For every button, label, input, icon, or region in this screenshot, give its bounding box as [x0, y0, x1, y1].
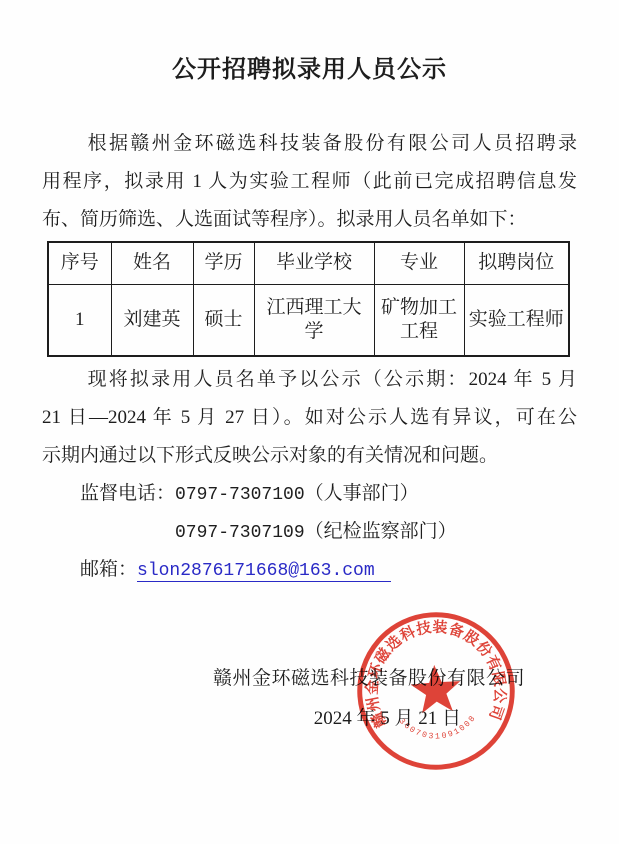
paragraph-intro: 根据赣州金环磁选科技装备股份有限公司人员招聘录 用程序，拟录用 1 人为实验工程…: [42, 125, 577, 239]
phone-dept-discipline: （纪检监察部门）: [305, 521, 457, 542]
table-row: 1 刘建英 硕士 江西理工大学 矿物加工工程 实验工程师: [48, 284, 569, 356]
paragraph-line: 布、简历筛选、人选面试等程序）。拟录用人员名单如下：: [42, 201, 577, 239]
cell-major: 矿物加工工程: [374, 284, 464, 356]
page-title: 公开招聘拟录用人员公示: [42, 56, 577, 84]
cell-position: 实验工程师: [464, 284, 569, 356]
signature-company: 赣州金环磁选科技装备股份有限公司: [42, 659, 577, 699]
cell-name: 刘建英: [111, 284, 193, 356]
col-header-major: 专业: [374, 242, 464, 284]
email-label: 邮箱：: [80, 559, 137, 580]
phone-dept-hr: （人事部门）: [305, 483, 419, 504]
col-header-name: 姓名: [111, 242, 193, 284]
paragraph-line: 示期内通过以下形式反映公示对象的有关情况和问题。: [42, 437, 577, 475]
email-link[interactable]: slon2876171668@163.com: [137, 561, 391, 582]
col-header-degree: 学历: [193, 242, 254, 284]
col-header-position: 拟聘岗位: [464, 242, 569, 284]
document-page: 公开招聘拟录用人员公示 根据赣州金环磁选科技装备股份有限公司人员招聘录 用程序，…: [0, 0, 619, 844]
paragraph-line: 21 日—2024 年 5 月 27 日）。如对公示人选有异议，可在公: [42, 399, 577, 437]
cell-index: 1: [48, 284, 111, 356]
phone-number-hr: 0797-7307100: [175, 485, 305, 505]
phone-label: 监督电话：: [80, 483, 175, 504]
phone-line-1: 监督电话：0797-7307100（人事部门）: [42, 475, 577, 513]
candidate-table: 序号 姓名 学历 毕业学校 专业 拟聘岗位 1 刘建英 硕士 江西理工大学 矿物…: [47, 241, 570, 357]
table-header-row: 序号 姓名 学历 毕业学校 专业 拟聘岗位: [48, 242, 569, 284]
phone-line-2: 0797-7307109（纪检监察部门）: [42, 513, 577, 551]
signature-date: 2024 年 5 月 21 日: [42, 699, 577, 739]
phone-number-discipline: 0797-7307109: [175, 523, 305, 543]
cell-school: 江西理工大学: [254, 284, 374, 356]
paragraph-line: 根据赣州金环磁选科技装备股份有限公司人员招聘录: [42, 125, 577, 163]
email-line: 邮箱：slon2876171668@163.com: [42, 551, 577, 589]
paragraph-notice: 现将拟录用人员名单予以公示（公示期：2024 年 5 月 21 日—2024 年…: [42, 361, 577, 475]
document-body: 公开招聘拟录用人员公示 根据赣州金环磁选科技装备股份有限公司人员招聘录 用程序，…: [0, 56, 619, 739]
col-header-school: 毕业学校: [254, 242, 374, 284]
paragraph-line: 用程序，拟录用 1 人为实验工程师（此前已完成招聘信息发: [42, 163, 577, 201]
cell-degree: 硕士: [193, 284, 254, 356]
paragraph-line: 现将拟录用人员名单予以公示（公示期：2024 年 5 月: [42, 361, 577, 399]
col-header-index: 序号: [48, 242, 111, 284]
